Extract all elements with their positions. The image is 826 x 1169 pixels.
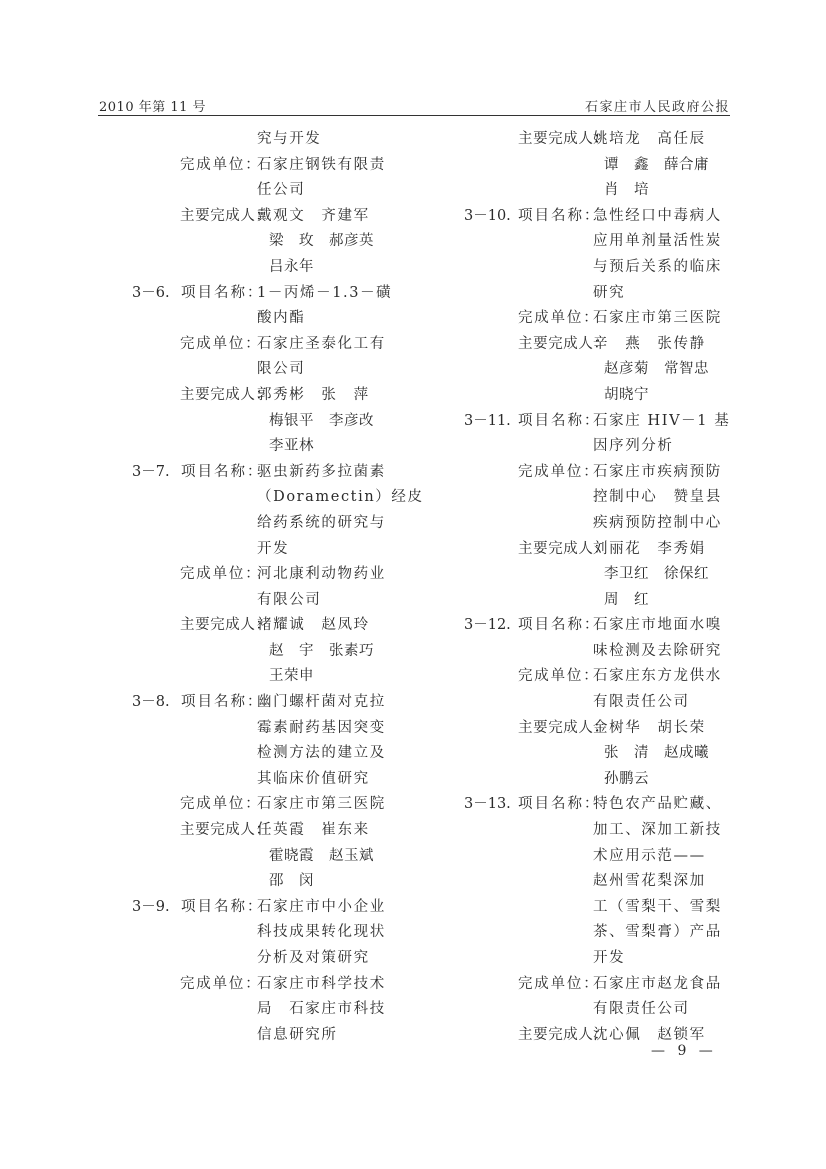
main-completers: 褚耀诚 赵凤玲 bbox=[257, 613, 370, 639]
completers-continued: 赵彦菊 常智忠 bbox=[604, 357, 709, 383]
completers-continued: 邵 闵 bbox=[269, 869, 314, 895]
text-line: 梁 玫 郝彦英 bbox=[128, 229, 448, 255]
project-name: 石家庄市中小企业 bbox=[257, 895, 386, 921]
text-line: 3－10.项目名称：急性经口中毒病人 bbox=[460, 204, 780, 230]
completers-continued: 肖 培 bbox=[604, 178, 649, 204]
text-line: 完成单位：石家庄市第三医院 bbox=[128, 792, 448, 818]
completers-continued: 吕永年 bbox=[269, 255, 314, 281]
completers-continued: 李亚林 bbox=[269, 434, 314, 460]
completers-continued: 梁 玫 郝彦英 bbox=[269, 229, 374, 255]
completers-continued: 李卫红 徐保红 bbox=[604, 562, 709, 588]
project-number: 3－12. bbox=[464, 613, 511, 639]
text-line: 完成单位：石家庄市科学技术 bbox=[128, 972, 448, 998]
completing-unit: 石家庄钢铁有限责 bbox=[257, 153, 386, 179]
text-line: 主要完成人：任英霞 崔东来 bbox=[128, 818, 448, 844]
text-continued: 信息研究所 bbox=[257, 1023, 338, 1049]
text-continued: 与预后关系的临床 bbox=[593, 255, 722, 281]
text-continued: 加工、深加工新技 bbox=[593, 818, 722, 844]
text-line: 开发 bbox=[460, 946, 780, 972]
publication-title: 石家庄市人民政府公报 bbox=[585, 96, 730, 115]
project-name-label: 项目名称： bbox=[181, 281, 264, 307]
text-line: 3－13.项目名称：特色农产品贮藏、 bbox=[460, 792, 780, 818]
header-divider bbox=[98, 115, 730, 116]
text-line: 周 红 bbox=[460, 588, 780, 614]
main-completers: 金树华 胡长荣 bbox=[593, 716, 706, 742]
text-continued: 开发 bbox=[593, 946, 625, 972]
completers-continued: 王荣申 bbox=[269, 664, 314, 690]
text-continued: 有限责任公司 bbox=[593, 690, 690, 716]
text-line: 与预后关系的临床 bbox=[460, 255, 780, 281]
text-continued: 因序列分析 bbox=[593, 434, 674, 460]
text-continued: 有限公司 bbox=[257, 588, 321, 614]
text-line: 限公司 bbox=[128, 357, 448, 383]
text-line: 主要完成人：郭秀彬 张 萍 bbox=[128, 383, 448, 409]
project-name: 驱虫新药多拉菌素 bbox=[257, 460, 386, 486]
text-continued: 霉素耐药基因突变 bbox=[257, 716, 386, 742]
text-line: 赵彦菊 常智忠 bbox=[460, 357, 780, 383]
project-number: 3－7. bbox=[132, 460, 170, 486]
text-continued: 茶、雪梨膏）产品 bbox=[593, 920, 722, 946]
text-line: （Doramectin）经皮 bbox=[128, 485, 448, 511]
text-continued: 赵州雪花梨深加 bbox=[593, 869, 706, 895]
unit-label: 完成单位： bbox=[518, 460, 600, 486]
text-line: 检测方法的建立及 bbox=[128, 741, 448, 767]
text-continued: 味检测及去除研究 bbox=[593, 639, 722, 665]
text-line: 应用单剂量活性炭 bbox=[460, 229, 780, 255]
completing-unit: 石家庄东方龙供水 bbox=[593, 664, 722, 690]
text-line: 研究 bbox=[460, 281, 780, 307]
project-name-label: 项目名称： bbox=[518, 204, 601, 230]
text-line: 给药系统的研究与 bbox=[128, 511, 448, 537]
text-line: 霉素耐药基因突变 bbox=[128, 716, 448, 742]
completing-unit: 石家庄市第三医院 bbox=[593, 306, 722, 332]
completing-unit: 石家庄市科学技术 bbox=[257, 972, 386, 998]
text-continued: 任公司 bbox=[257, 178, 305, 204]
completing-unit: 石家庄市第三医院 bbox=[257, 792, 386, 818]
text-continued: 应用单剂量活性炭 bbox=[593, 229, 722, 255]
text-line: 任公司 bbox=[128, 178, 448, 204]
completers-continued: 周 红 bbox=[604, 588, 649, 614]
text-continued: 疾病预防控制中心 bbox=[593, 511, 722, 537]
unit-label: 完成单位： bbox=[180, 972, 262, 998]
text-continued: 控制中心 赞皇县 bbox=[593, 485, 722, 511]
text-line: 酸内酯 bbox=[128, 306, 448, 332]
project-name-label: 项目名称： bbox=[181, 460, 264, 486]
text-continued: 科技成果转化现状 bbox=[257, 920, 386, 946]
text-line: 局 石家庄市科技 bbox=[128, 997, 448, 1023]
project-name-label: 项目名称： bbox=[181, 690, 264, 716]
project-name-label: 项目名称： bbox=[518, 613, 601, 639]
completers-continued: 谭 鑫 薛合庸 bbox=[604, 153, 709, 179]
text-line: 工（雪梨干、雪梨 bbox=[460, 895, 780, 921]
main-completers: 姚培龙 高任辰 bbox=[593, 127, 706, 153]
text-line: 主要完成人：金树华 胡长荣 bbox=[460, 716, 780, 742]
left-column: 究与开发完成单位：石家庄钢铁有限责任公司主要完成人：戴观文 齐建军梁 玫 郝彦英… bbox=[128, 127, 448, 1048]
text-continued: 开发 bbox=[257, 537, 289, 563]
text-continued: 限公司 bbox=[257, 357, 305, 383]
text-line: 信息研究所 bbox=[128, 1023, 448, 1049]
completers-continued: 梅银平 李彦改 bbox=[269, 409, 374, 435]
project-number: 3－13. bbox=[464, 792, 511, 818]
text-line: 科技成果转化现状 bbox=[128, 920, 448, 946]
main-completers: 郭秀彬 张 萍 bbox=[257, 383, 370, 409]
project-number: 3－8. bbox=[132, 690, 170, 716]
text-line: 肖 培 bbox=[460, 178, 780, 204]
text-line: 主要完成人：姚培龙 高任辰 bbox=[460, 127, 780, 153]
text-line: 吕永年 bbox=[128, 255, 448, 281]
text-line: 胡晓宁 bbox=[460, 383, 780, 409]
text-line: 完成单位：石家庄钢铁有限责 bbox=[128, 153, 448, 179]
project-name: 石家庄市地面水嗅 bbox=[593, 613, 722, 639]
text-line: 完成单位：石家庄东方龙供水 bbox=[460, 664, 780, 690]
unit-label: 完成单位： bbox=[518, 972, 600, 998]
main-completers: 戴观文 齐建军 bbox=[257, 204, 370, 230]
text-continued: 局 石家庄市科技 bbox=[257, 997, 386, 1023]
text-line: 究与开发 bbox=[128, 127, 448, 153]
text-line: 3－9.项目名称：石家庄市中小企业 bbox=[128, 895, 448, 921]
project-number: 3－11. bbox=[464, 409, 511, 435]
text-continued: 工（雪梨干、雪梨 bbox=[593, 895, 722, 921]
text-line: 主要完成人：沈心佩 赵锁军 bbox=[460, 1023, 780, 1049]
project-name: 急性经口中毒病人 bbox=[593, 204, 722, 230]
text-line: 王荣申 bbox=[128, 664, 448, 690]
text-line: 完成单位：石家庄圣泰化工有 bbox=[128, 332, 448, 358]
text-line: 有限责任公司 bbox=[460, 997, 780, 1023]
text-continued: 给药系统的研究与 bbox=[257, 511, 386, 537]
completing-unit: 河北康利动物药业 bbox=[257, 562, 386, 588]
project-name: 1－丙烯－1.3－磺 bbox=[257, 281, 392, 307]
unit-label: 完成单位： bbox=[518, 664, 600, 690]
text-continued: 分析及对策研究 bbox=[257, 946, 370, 972]
right-column: 主要完成人：姚培龙 高任辰谭 鑫 薛合庸肖 培3－10.项目名称：急性经口中毒病… bbox=[460, 127, 780, 1048]
text-continued: 有限责任公司 bbox=[593, 997, 690, 1023]
project-number: 3－6. bbox=[132, 281, 170, 307]
project-name-label: 项目名称： bbox=[518, 409, 601, 435]
text-line: 李卫红 徐保红 bbox=[460, 562, 780, 588]
page-number: — 9 — bbox=[651, 1043, 717, 1059]
text-line: 完成单位：石家庄市第三医院 bbox=[460, 306, 780, 332]
text-continued: 酸内酯 bbox=[257, 306, 305, 332]
text-continued: 究与开发 bbox=[257, 127, 321, 153]
text-line: 主要完成人：褚耀诚 赵凤玲 bbox=[128, 613, 448, 639]
text-line: 3－12.项目名称：石家庄市地面水嗅 bbox=[460, 613, 780, 639]
completers-continued: 赵 宇 张素巧 bbox=[269, 639, 374, 665]
text-line: 梅银平 李彦改 bbox=[128, 409, 448, 435]
completers-continued: 张 清 赵成曦 bbox=[604, 741, 709, 767]
text-continued: 研究 bbox=[593, 281, 625, 307]
text-line: 完成单位：石家庄市赵龙食品 bbox=[460, 972, 780, 998]
text-line: 完成单位：石家庄市疾病预防 bbox=[460, 460, 780, 486]
text-line: 主要完成人：戴观文 齐建军 bbox=[128, 204, 448, 230]
text-line: 赵 宇 张素巧 bbox=[128, 639, 448, 665]
text-line: 加工、深加工新技 bbox=[460, 818, 780, 844]
text-continued: 检测方法的建立及 bbox=[257, 741, 386, 767]
text-continued: 其临床价值研究 bbox=[257, 767, 370, 793]
text-line: 李亚林 bbox=[128, 434, 448, 460]
text-line: 3－8.项目名称：幽门螺杆菌对克拉 bbox=[128, 690, 448, 716]
text-line: 主要完成人：辛 燕 张传静 bbox=[460, 332, 780, 358]
text-line: 邵 闵 bbox=[128, 869, 448, 895]
text-line: 孙鹏云 bbox=[460, 767, 780, 793]
completing-unit: 石家庄圣泰化工有 bbox=[257, 332, 386, 358]
text-line: 味检测及去除研究 bbox=[460, 639, 780, 665]
text-line: 张 清 赵成曦 bbox=[460, 741, 780, 767]
unit-label: 完成单位： bbox=[180, 792, 262, 818]
unit-label: 完成单位： bbox=[180, 332, 262, 358]
text-line: 疾病预防控制中心 bbox=[460, 511, 780, 537]
text-line: 3－7.项目名称：驱虫新药多拉菌素 bbox=[128, 460, 448, 486]
completing-unit: 石家庄市赵龙食品 bbox=[593, 972, 722, 998]
completers-continued: 霍晓霞 赵玉斌 bbox=[269, 844, 374, 870]
text-line: 谭 鑫 薛合庸 bbox=[460, 153, 780, 179]
project-number: 3－10. bbox=[464, 204, 511, 230]
text-line: 主要完成人：刘丽花 李秀娟 bbox=[460, 537, 780, 563]
project-name: 特色农产品贮藏、 bbox=[593, 792, 722, 818]
completers-continued: 胡晓宁 bbox=[604, 383, 649, 409]
text-line: 术应用示范—— bbox=[460, 844, 780, 870]
project-name: 幽门螺杆菌对克拉 bbox=[257, 690, 386, 716]
text-line: 赵州雪花梨深加 bbox=[460, 869, 780, 895]
project-name: 石家庄 HIV－1 基 bbox=[593, 409, 730, 435]
project-name-label: 项目名称： bbox=[181, 895, 264, 921]
text-line: 有限公司 bbox=[128, 588, 448, 614]
completing-unit: 石家庄市疾病预防 bbox=[593, 460, 722, 486]
text-continued: （Doramectin）经皮 bbox=[257, 485, 424, 511]
main-completers: 辛 燕 张传静 bbox=[593, 332, 706, 358]
main-completers: 任英霞 崔东来 bbox=[257, 818, 370, 844]
text-line: 3－6.项目名称：1－丙烯－1.3－磺 bbox=[128, 281, 448, 307]
text-line: 有限责任公司 bbox=[460, 690, 780, 716]
text-line: 控制中心 赞皇县 bbox=[460, 485, 780, 511]
text-line: 其临床价值研究 bbox=[128, 767, 448, 793]
text-continued: 术应用示范—— bbox=[593, 844, 706, 870]
project-number: 3－9. bbox=[132, 895, 170, 921]
text-line: 3－11.项目名称：石家庄 HIV－1 基 bbox=[460, 409, 780, 435]
text-line: 开发 bbox=[128, 537, 448, 563]
unit-label: 完成单位： bbox=[180, 562, 262, 588]
text-line: 分析及对策研究 bbox=[128, 946, 448, 972]
completers-continued: 孙鹏云 bbox=[604, 767, 649, 793]
text-line: 茶、雪梨膏）产品 bbox=[460, 920, 780, 946]
issue-label: 2010 年第 11 号 bbox=[99, 96, 206, 115]
text-line: 霍晓霞 赵玉斌 bbox=[128, 844, 448, 870]
unit-label: 完成单位： bbox=[180, 153, 262, 179]
project-name-label: 项目名称： bbox=[518, 792, 601, 818]
unit-label: 完成单位： bbox=[518, 306, 600, 332]
main-completers: 刘丽花 李秀娟 bbox=[593, 537, 706, 563]
text-line: 因序列分析 bbox=[460, 434, 780, 460]
text-line: 完成单位：河北康利动物药业 bbox=[128, 562, 448, 588]
